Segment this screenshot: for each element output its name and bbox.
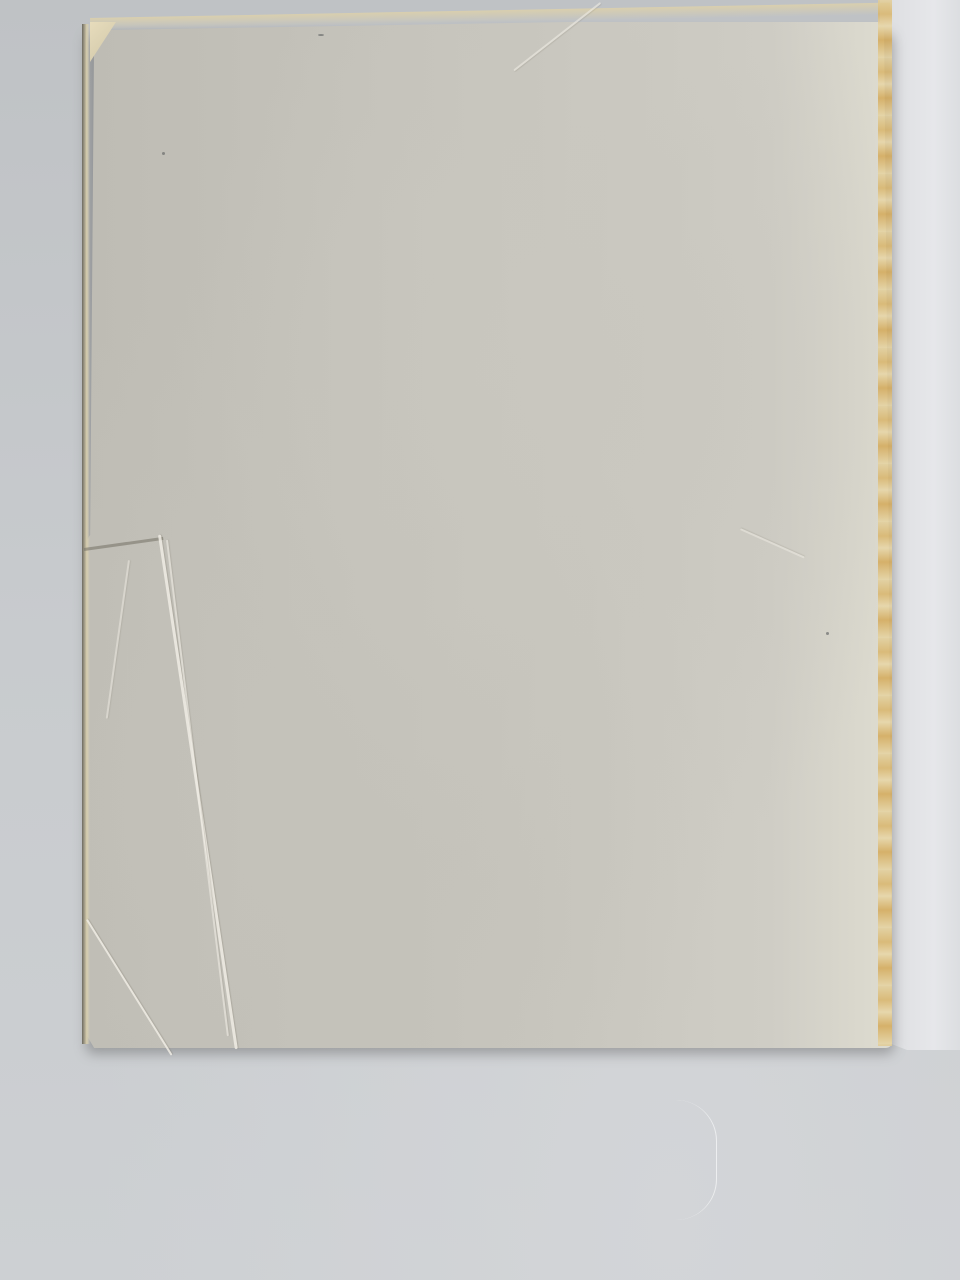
paper-spot <box>162 152 165 155</box>
paper-spot <box>318 34 324 36</box>
paper-stained-edge <box>878 0 892 1046</box>
paper-sheet <box>82 22 892 1048</box>
paper-spot <box>826 632 829 635</box>
paper-left-edge <box>82 24 90 1044</box>
